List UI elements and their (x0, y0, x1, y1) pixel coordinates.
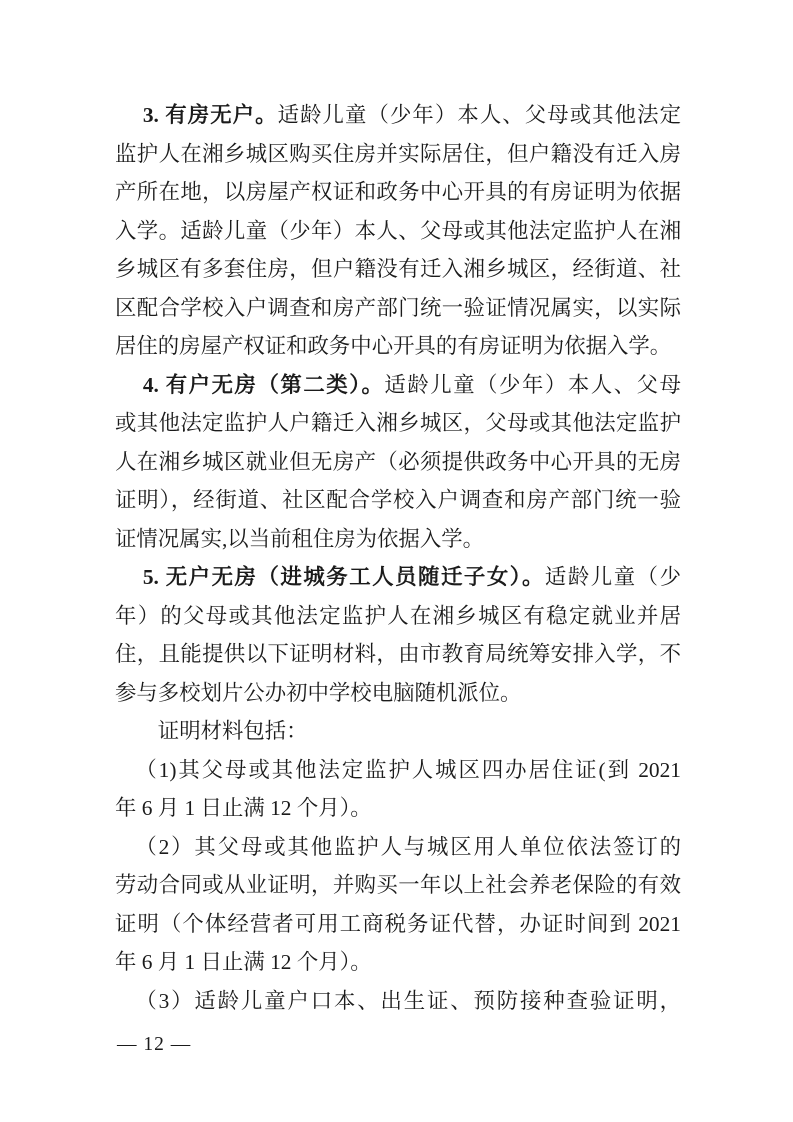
text-segment: 年 6 月 1 日止满 12 个月）。 (115, 796, 372, 820)
text-segment: 劳动合同或从业证明，并购买一年以上社会养老保险的有效 (115, 873, 681, 897)
text-line: 劳动合同或从业证明，并购买一年以上社会养老保险的有效 (115, 866, 681, 905)
text-line: 证明材料包括： (115, 712, 681, 751)
text-line: 或其他法定监护人户籍迁入湘乡城区，父母或其他法定监护 (115, 404, 681, 443)
text-segment: 参与多校划片公办初中学校电脑随机派位。 (115, 681, 521, 705)
text-line: 参与多校划片公办初中学校电脑随机派位。 (115, 674, 681, 713)
paragraph-material-2-labor-contract: （2）其父母或其他监护人与城区用人单位依法签订的劳动合同或从业证明，并购买一年以… (115, 828, 681, 982)
text-line: 区配合学校入户调查和房产部门统一验证情况属实，以实际 (115, 289, 681, 328)
text-line: 年）的父母或其他法定监护人在湘乡城区有稳定就业并居 (115, 597, 681, 636)
paragraph-materials-intro: 证明材料包括： (115, 712, 681, 751)
text-line: 证明），经街道、社区配合学校入户调查和房产部门统一验 (115, 481, 681, 520)
paragraph-material-3-household-register: （3）适龄儿童户口本、出生证、预防接种查验证明， (115, 982, 681, 1021)
text-line: 住，且能提供以下证明材料，由市教育局统筹安排入学，不 (115, 635, 681, 674)
text-line: （3）适龄儿童户口本、出生证、预防接种查验证明， (115, 982, 681, 1021)
text-line: 年 6 月 1 日止满 12 个月）。 (115, 789, 681, 828)
text-segment: 证明材料包括： (158, 719, 308, 743)
text-segment: 区配合学校入户调查和房产部门统一验证情况属实，以实际 (115, 296, 681, 320)
item-heading-segment: 5. 无户无房（进城务工人员随迁子女）。 (143, 565, 545, 589)
text-segment: 乡城区有多套住房，但户籍没有迁入湘乡城区，经街道、社 (115, 257, 681, 281)
text-line: 人在湘乡城区就业但无房产（必须提供政务中心开具的无房 (115, 443, 681, 482)
text-segment: 居住的房屋产权证和政务中心开具的有房证明为依据入学。 (115, 334, 671, 358)
text-segment: 证明（个体经营者可用工商税务证代替，办证时间到 2021 (115, 912, 681, 936)
text-segment: 产所在地，以房屋产权证和政务中心开具的有房证明为依据 (115, 180, 681, 204)
text-segment: 证情况属实,以当前租住房为依据入学。 (115, 527, 484, 551)
text-segment: （3）适龄儿童户口本、出生证、预防接种查验证明， (135, 989, 681, 1013)
text-segment: 入学。适龄儿童（少年）本人、父母或其他法定监护人在湘 (115, 219, 681, 243)
text-line: 入学。适龄儿童（少年）本人、父母或其他法定监护人在湘 (115, 212, 681, 251)
text-segment: 年）的父母或其他法定监护人在湘乡城区有稳定就业并居 (115, 604, 681, 628)
paragraph-material-1-residence-permit: （1)其父母或其他法定监护人城区四办居住证(到 2021年 6 月 1 日止满 … (115, 751, 681, 828)
text-segment: 适龄儿童（少年）本人、父母 (384, 373, 681, 397)
text-segment: 证明），经街道、社区配合学校入户调查和房产部门统一验 (115, 488, 681, 512)
item-heading-segment: 4. 有户无房（第二类）。 (143, 373, 385, 397)
text-segment: 适龄儿童（少 (545, 565, 681, 589)
text-segment: （2）其父母或其他监护人与城区用人单位依法签订的 (135, 835, 681, 859)
page-number: — 12 — (117, 1033, 191, 1057)
paragraph-item-5-wu-hu-wu-fang: 5. 无户无房（进城务工人员随迁子女）。适龄儿童（少年）的父母或其他法定监护人在… (115, 558, 681, 712)
text-line: 监护人在湘乡城区购买住房并实际居住，但户籍没有迁入房 (115, 135, 681, 174)
text-line: 年 6 月 1 日止满 12 个月）。 (115, 943, 681, 982)
item-heading-segment: 3. 有房无户。 (143, 103, 278, 127)
text-segment: 年 6 月 1 日止满 12 个月）。 (115, 950, 372, 974)
text-segment: 适龄儿童（少年）本人、父母或其他法定 (278, 103, 681, 127)
text-line: 居住的房屋产权证和政务中心开具的有房证明为依据入学。 (115, 327, 681, 366)
text-line: 乡城区有多套住房，但户籍没有迁入湘乡城区，经街道、社 (115, 250, 681, 289)
text-segment: （1)其父母或其他法定监护人城区四办居住证(到 2021 (135, 758, 681, 782)
text-line: 证情况属实,以当前租住房为依据入学。 (115, 520, 681, 559)
text-line: 5. 无户无房（进城务工人员随迁子女）。适龄儿童（少 (115, 558, 681, 597)
text-line: （2）其父母或其他监护人与城区用人单位依法签订的 (115, 828, 681, 867)
paragraph-item-4-you-hu-wu-fang: 4. 有户无房（第二类）。适龄儿童（少年）本人、父母或其他法定监护人户籍迁入湘乡… (115, 366, 681, 559)
text-line: （1)其父母或其他法定监护人城区四办居住证(到 2021 (115, 751, 681, 790)
paragraph-item-3-you-fang-wu-hu: 3. 有房无户。适龄儿童（少年）本人、父母或其他法定监护人在湘乡城区购买住房并实… (115, 96, 681, 366)
text-line: 3. 有房无户。适龄儿童（少年）本人、父母或其他法定 (115, 96, 681, 135)
text-segment: 住，且能提供以下证明材料，由市教育局统筹安排入学，不 (115, 642, 681, 666)
document-body: 3. 有房无户。适龄儿童（少年）本人、父母或其他法定监护人在湘乡城区购买住房并实… (115, 96, 681, 1020)
text-segment: 人在湘乡城区就业但无房产（必须提供政务中心开具的无房 (115, 450, 681, 474)
text-segment: 监护人在湘乡城区购买住房并实际居住，但户籍没有迁入房 (115, 142, 681, 166)
text-segment: 或其他法定监护人户籍迁入湘乡城区，父母或其他法定监护 (115, 411, 681, 435)
text-line: 4. 有户无房（第二类）。适龄儿童（少年）本人、父母 (115, 366, 681, 405)
text-line: 证明（个体经营者可用工商税务证代替，办证时间到 2021 (115, 905, 681, 944)
text-line: 产所在地，以房屋产权证和政务中心开具的有房证明为依据 (115, 173, 681, 212)
